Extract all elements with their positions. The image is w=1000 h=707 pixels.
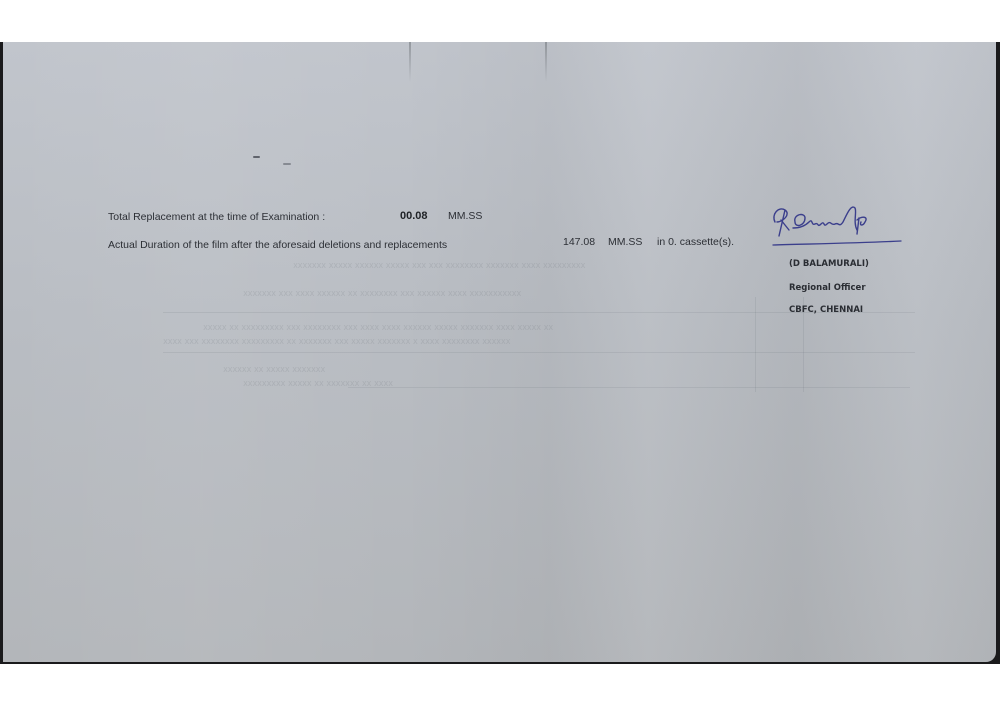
duration-value: 147.08 xyxy=(563,236,595,248)
duration-cassette-note: in 0. cassette(s). xyxy=(657,236,734,248)
ink-smudge xyxy=(283,163,291,165)
replacement-label: Total Replacement at the time of Examina… xyxy=(108,211,325,223)
signatory-name: (D BALAMURALI) xyxy=(789,259,869,269)
signature-icon xyxy=(765,200,905,252)
duration-label: Actual Duration of the film after the af… xyxy=(108,239,447,251)
ink-smudge xyxy=(253,156,260,158)
photo-frame: xxxxxxxxx xxxx xxxxxxx xxxxxxxx xxx xxx … xyxy=(0,0,1000,707)
bleed-through-text: xxxxxxx xxxxx xx xxxxxx xyxy=(223,364,325,374)
paper-fold-mark xyxy=(409,42,411,82)
duration-unit: MM.SS xyxy=(608,236,642,248)
bleed-through-text: xxxxxxxxxxx xxxx xxxxxx xxx xxxxxxxx xx … xyxy=(243,288,521,298)
bleed-through-rule xyxy=(755,297,756,392)
signatory-designation: Regional Officer xyxy=(789,283,866,293)
signatory-office: CBFC, CHENNAI xyxy=(789,305,863,315)
paper-fold-mark xyxy=(545,42,547,82)
paper-sheet: xxxxxxxxx xxxx xxxxxxx xxxxxxxx xxx xxx … xyxy=(3,42,996,662)
bleed-through-text: xxxxxx xxxxxxxx xxxx x xxxxxxx xxxxx xxx… xyxy=(163,336,510,346)
replacement-value: 00.08 xyxy=(400,210,428,222)
bleed-through-text: xx xxxxx xxxx xxxxxxx xxxxx xxxxxx xxxx … xyxy=(203,322,553,332)
bleed-through-rule xyxy=(348,387,910,388)
document-photo: xxxxxxxxx xxxx xxxxxxx xxxxxxxx xxx xxx … xyxy=(0,42,1000,664)
bleed-through-text: xxxxxxxxx xxxx xxxxxxx xxxxxxxx xxx xxx … xyxy=(293,260,585,270)
replacement-unit: MM.SS xyxy=(448,210,482,222)
